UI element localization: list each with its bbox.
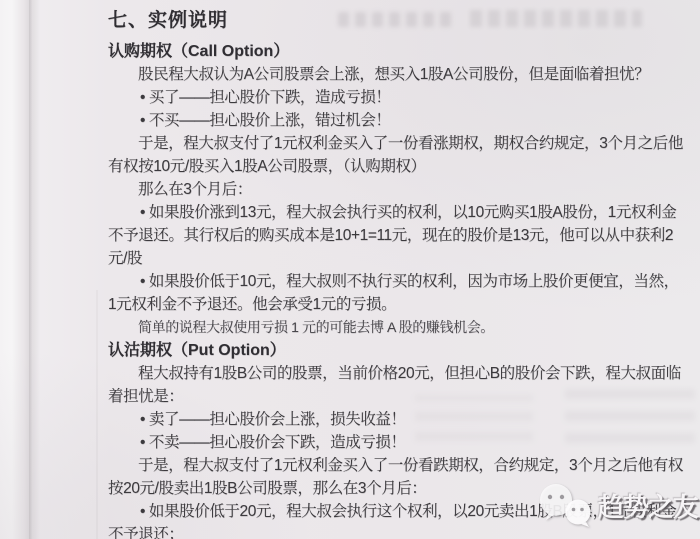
bullet-line: • 如果股价低于10元，程大叔则不执行买的权利，因为市场上股价更便宜，当然， [108, 270, 700, 293]
note-line: 简单的说程大叔使用亏损 1 元的可能去博 A 股的赚钱机会。 [108, 316, 700, 339]
text-line: 不予退还。其行权后的购买成本是10+1=11元，现在的股价是13元，他可以从中获… [108, 224, 700, 247]
doc-title: 七、实例说明 [108, 6, 700, 40]
document-content: 七、实例说明 认购期权（Call Option） 股民程大叔认为A公司股票会上涨… [0, 6, 700, 539]
bullet-line: • 卖了——担心股价会上涨，损失收益！ [108, 408, 700, 431]
bullet-line: • 买了——担心股价下跌，造成亏损！ [108, 86, 700, 109]
text-line: 元/股 [108, 247, 700, 270]
watermark: 趋势之友 [536, 482, 698, 528]
text-line: 有权按10元/股买入1股A公司股票，（认购期权） [108, 155, 700, 178]
watermark-text: 趋势之友 [598, 487, 698, 524]
text-line: 1元权利金不予退还。他会承受1元的亏损。 [108, 293, 700, 316]
text-line: 股民程大叔认为A公司股票会上涨，想买入1股A公司股份，但是面临着担忧？ [108, 63, 700, 86]
text-line: 于是，程大叔支付了1元权利金买入了一份看跌期权，合约规定，3个月之后他有权 [108, 454, 700, 477]
bullet-line: • 不买——担心股价上涨，错过机会！ [108, 109, 700, 132]
text-line: 于是，程大叔支付了1元权利金买入了一份看涨期权，期权合约规定，3个月之后他 [108, 132, 700, 155]
scanned-document-page: 七、实例说明 认购期权（Call Option） 股民程大叔认为A公司股票会上涨… [0, 0, 700, 539]
text-line: 程大叔持有1股B公司的股票，当前价格20元，但担心B的股价会下跌，程大叔面临 [108, 362, 700, 385]
bullet-line: • 不卖——担心股价会下跌，造成亏损！ [108, 431, 700, 454]
text-line: 着担忧是： [108, 385, 700, 408]
text-line: 那么在3个月后： [108, 178, 700, 201]
section-heading-put-option: 认沽期权（Put Option） [108, 339, 700, 362]
section-heading-call-option: 认购期权（Call Option） [108, 40, 700, 63]
bullet-line: • 如果股价涨到13元，程大叔会执行买的权利，以10元购买1股A股份，1元权利金 [108, 201, 700, 224]
wechat-icon [536, 482, 596, 528]
